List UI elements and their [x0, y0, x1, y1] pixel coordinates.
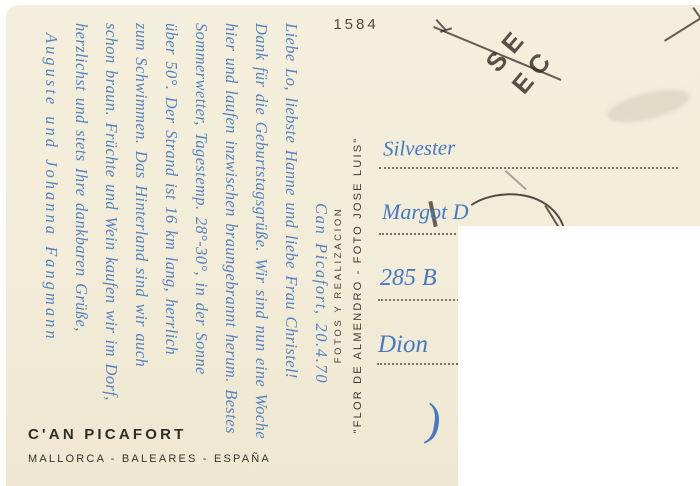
- postmark-smudge: [604, 83, 693, 129]
- address-line-3: 285 B: [380, 265, 437, 292]
- postmark-stamp: SE EC: [478, 19, 562, 101]
- message-line: über 50°. Der Strand ist 16 km lang, her…: [156, 23, 186, 463]
- redaction-box: [458, 226, 700, 486]
- message-line: herzlichst und stets Ihre dankbaren Grüß…: [66, 23, 96, 463]
- message-signature: Auguste und Johanna Fangmann: [36, 23, 66, 463]
- postcard-scan: 1584 FOTOS Y REALIZACION "FLOR DE ALMEND…: [0, 0, 700, 486]
- message-line: hier und laufen inzwischen braungebrannt…: [216, 23, 246, 463]
- message-line: schon braun. Früchte und Wein kaufen wir…: [96, 23, 126, 463]
- publisher-credit-line2: "FLOR DE ALMENDRO - FOTO JOSE LUIS": [348, 105, 369, 465]
- address-rule: [379, 167, 678, 169]
- address-line-2: Margot D: [382, 199, 469, 225]
- postmark-scribble: [505, 170, 527, 190]
- address-line-4: Dion: [378, 331, 428, 359]
- postcard-back: 1584 FOTOS Y REALIZACION "FLOR DE ALMEND…: [6, 5, 700, 486]
- message-line: Sommerwetter, Tagestemp. 28°-30°, in der…: [186, 23, 216, 463]
- address-partial-letter: ): [422, 392, 445, 447]
- address-line-1: Silvester: [383, 135, 456, 161]
- handwritten-message: Can Picafort, 20.4.70 Liebe Lo, liebste …: [36, 23, 336, 463]
- postmark-stroke: [664, 14, 700, 42]
- message-line: Can Picafort, 20.4.70: [306, 23, 336, 463]
- message-line: Dank für die Geburtstagsgrüße. Wir sind …: [246, 23, 276, 463]
- message-line: zum Schwimmen. Das Hinterland sind wir a…: [126, 23, 156, 463]
- message-line: Liebe Lo, liebste Hanne und liebe Frau C…: [276, 23, 306, 463]
